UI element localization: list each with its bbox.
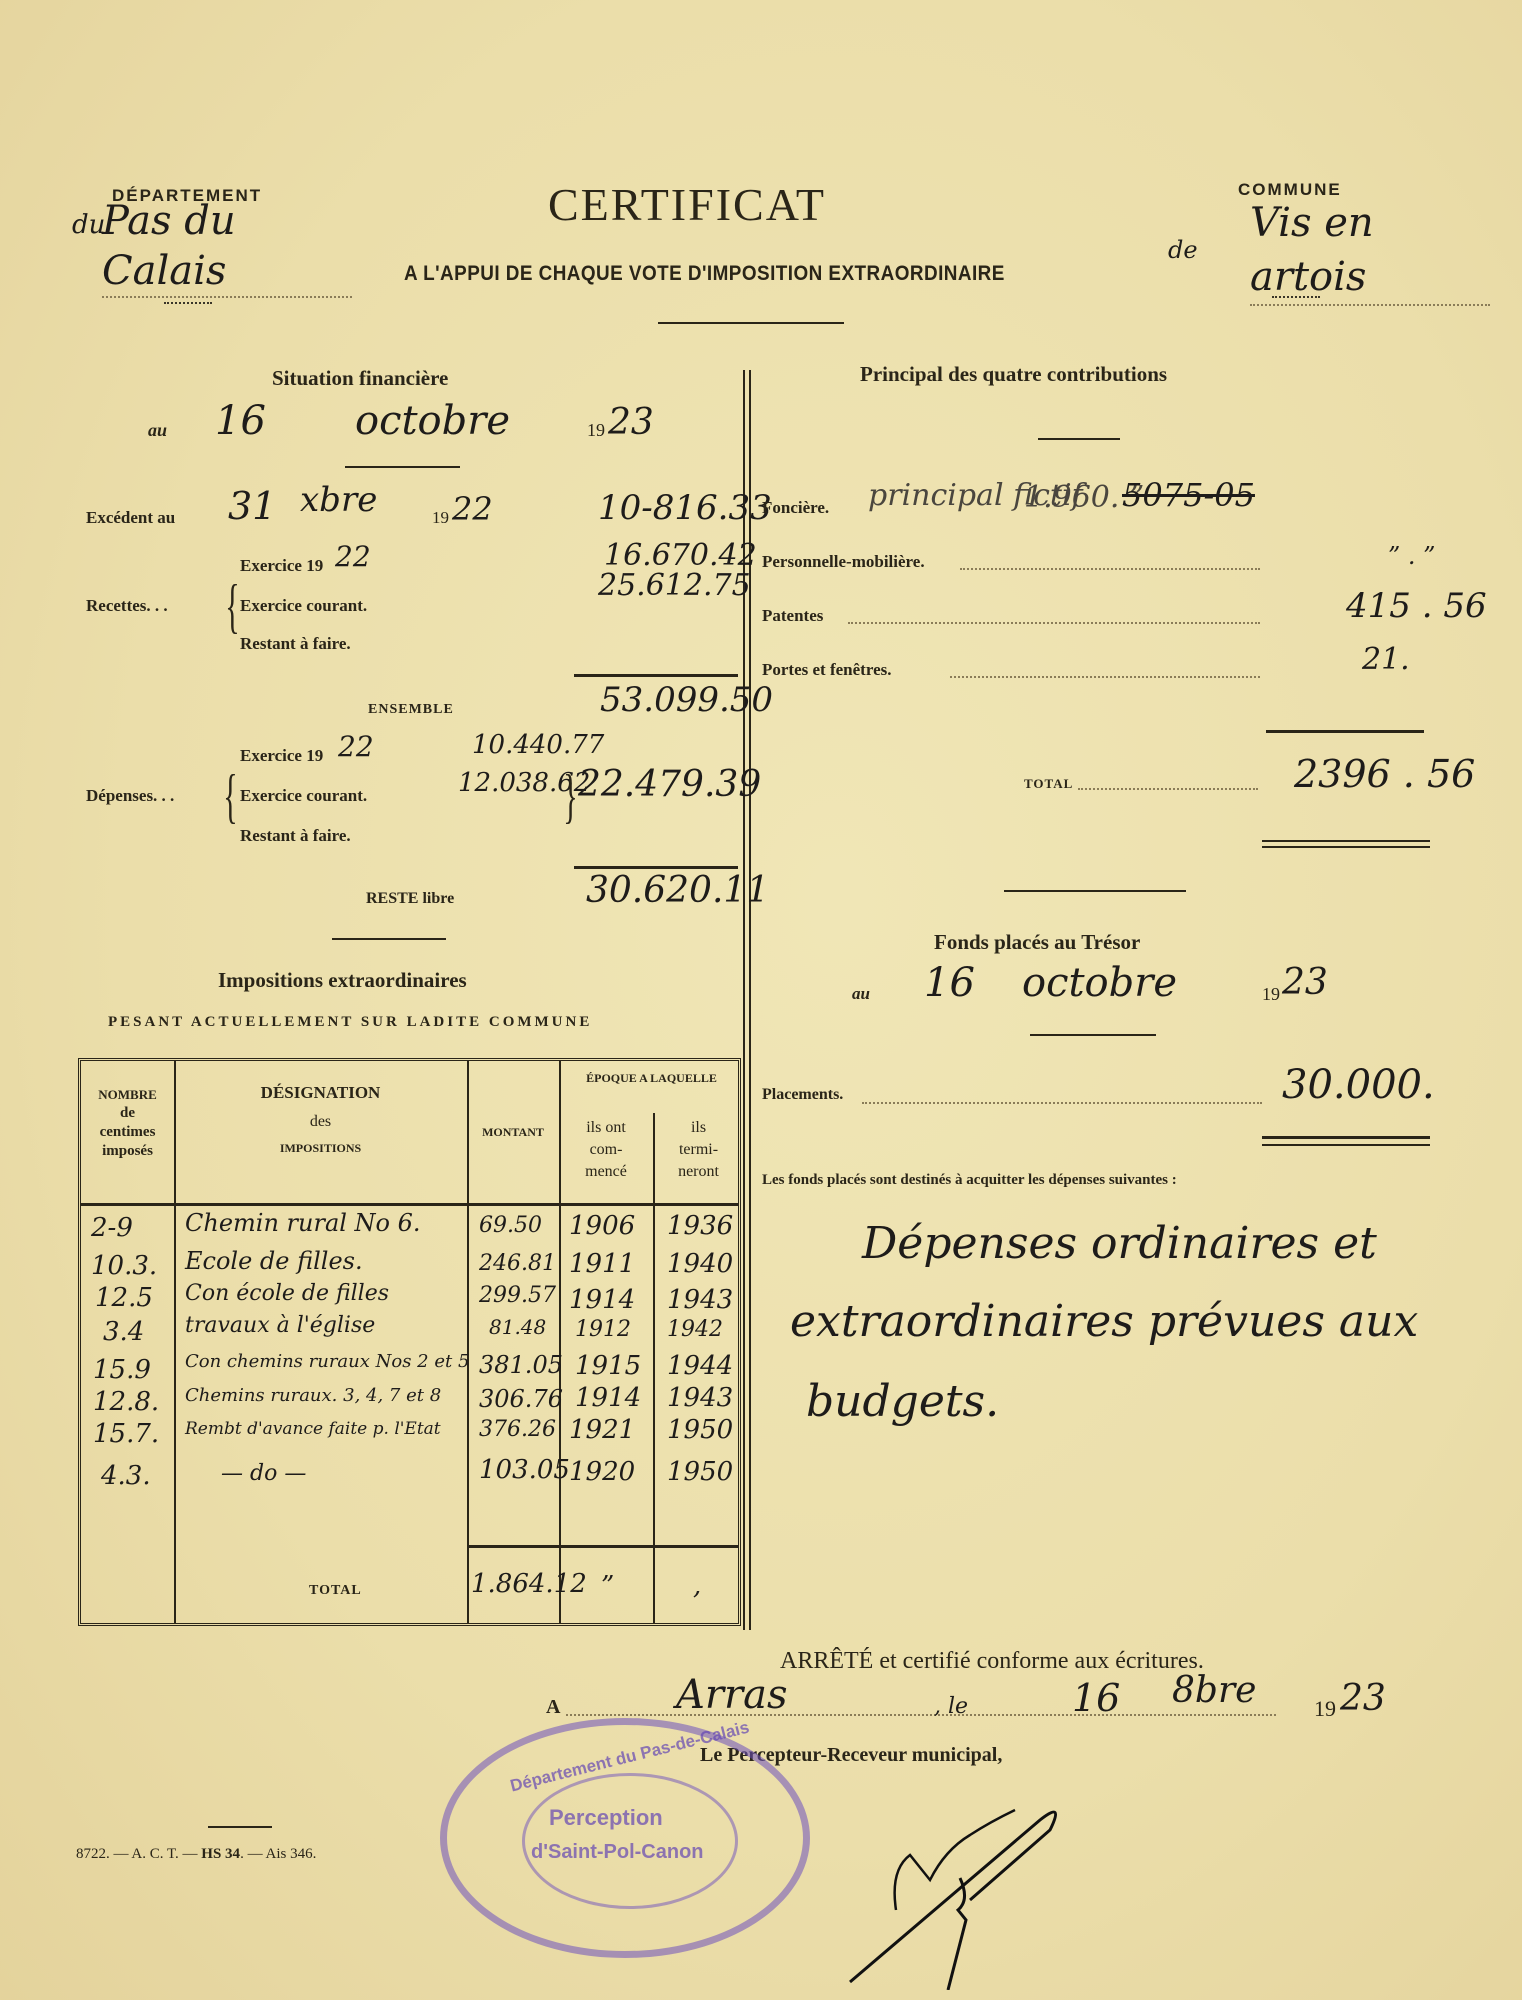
situation-date-day: 16 bbox=[215, 398, 266, 444]
double-line bbox=[1262, 1144, 1430, 1146]
header-commence: ils ont com- mencé bbox=[559, 1117, 653, 1183]
header-epoque: ÉPOQUE A LAQUELLE bbox=[559, 1069, 744, 1088]
total-montant: 1.864.12 bbox=[471, 1569, 587, 1599]
ornament bbox=[164, 296, 212, 304]
ensemble-label: ENSEMBLE bbox=[368, 702, 454, 718]
recettes-row-label: Restant à faire. bbox=[240, 634, 351, 654]
divider bbox=[345, 466, 460, 468]
depenses-total: 22.479.39 bbox=[578, 764, 761, 805]
fonciere-label: Foncière. bbox=[762, 498, 829, 518]
recettes-label: Recettes. . . bbox=[86, 596, 168, 616]
depenses-label: Dépenses. . . bbox=[86, 786, 174, 806]
header-nombre: NOMBRE de centimes imposés bbox=[81, 1085, 174, 1161]
brace: { bbox=[223, 746, 237, 846]
situation-year-suffix: 23 bbox=[608, 402, 654, 443]
destination-line-3: budgets. bbox=[806, 1376, 999, 1427]
sum-line bbox=[574, 866, 738, 869]
excedent-label: Excédent au bbox=[86, 508, 175, 528]
destination-line-1: Dépenses ordinaires et bbox=[862, 1218, 1377, 1269]
portes-value: 21. bbox=[1362, 642, 1410, 677]
fonds-year-suffix: 23 bbox=[1282, 962, 1328, 1003]
total-debut: ” bbox=[601, 1571, 614, 1601]
sum-line bbox=[1266, 730, 1424, 733]
footer-date-month: 8bre bbox=[1172, 1670, 1256, 1711]
patentes-label: Patentes bbox=[762, 606, 823, 626]
header-montant: MONTANT bbox=[467, 1123, 559, 1142]
reste-libre-value: 30.620.11 bbox=[586, 870, 769, 911]
footer-year-prefix: 19 bbox=[1314, 1696, 1336, 1722]
fonds-date-prefix: au bbox=[852, 984, 870, 1004]
depenses-row-label: Restant à faire. bbox=[240, 826, 351, 846]
page-subtitle: A L'APPUI DE CHAQUE VOTE D'IMPOSITION EX… bbox=[404, 262, 1005, 286]
fonds-title: Fonds placés au Trésor bbox=[934, 930, 1140, 955]
fonds-date-day: 16 bbox=[924, 960, 975, 1006]
footer-date-day: 16 bbox=[1072, 1676, 1120, 1720]
situation-title: Situation financière bbox=[272, 366, 448, 391]
destination-label: Les fonds placés sont destinés à acquitt… bbox=[762, 1172, 1177, 1189]
ornament bbox=[1272, 290, 1320, 298]
depenses-amount-1: 10.440.77 bbox=[472, 730, 604, 760]
portes-label: Portes et fenêtres. bbox=[762, 660, 891, 680]
sum-line bbox=[574, 674, 738, 677]
departement-value: Pas du Calais bbox=[102, 196, 352, 298]
brace: { bbox=[225, 556, 239, 656]
depenses-row-label: Exercice courant. bbox=[240, 786, 367, 806]
header-designation: DÉSIGNATION des IMPOSITIONS bbox=[174, 1083, 467, 1158]
date-prefix-footer: , le bbox=[934, 1694, 968, 1719]
excedent-day: 31 bbox=[228, 484, 276, 528]
depenses-row-label: Exercice 19 bbox=[240, 746, 323, 766]
brace: } bbox=[563, 746, 577, 846]
reste-libre-label: RESTE libre bbox=[366, 890, 454, 908]
total-label: TOTAL bbox=[309, 1583, 362, 1599]
footer-year-suffix: 23 bbox=[1340, 1678, 1386, 1719]
fonds-year-prefix: 19 bbox=[1262, 984, 1280, 1005]
impositions-table: NOMBRE de centimes imposés DÉSIGNATION d… bbox=[78, 1058, 741, 1626]
principal-total-value: 2396 . 56 bbox=[1294, 752, 1475, 796]
divider bbox=[1004, 890, 1186, 892]
impositions-title: Impositions extraordinaires bbox=[218, 968, 467, 993]
page-title: CERTIFICAT bbox=[548, 178, 826, 231]
fonciere-value: 5075-05 bbox=[1122, 476, 1255, 514]
place-value: Arras bbox=[676, 1672, 788, 1718]
recettes-row-label: Exercice courant. bbox=[240, 596, 367, 616]
ensemble-value: 53.099.50 bbox=[600, 680, 773, 720]
divider bbox=[208, 1826, 272, 1828]
total-fin: , bbox=[693, 1571, 701, 1601]
recettes-row-label: Exercice 19 bbox=[240, 556, 323, 576]
header-termineront: ils termi- neront bbox=[653, 1117, 744, 1183]
arrete-text: ARRÊTÉ et certifié conforme aux écriture… bbox=[780, 1648, 1204, 1675]
destination-line-2: extraordinaires prévues aux bbox=[790, 1296, 1418, 1347]
commune-prefix: de bbox=[1168, 236, 1198, 264]
situation-date-month: octobre bbox=[355, 398, 510, 444]
personnelle-value: ” . ” bbox=[1388, 542, 1435, 570]
placements-value: 30.000. bbox=[1282, 1062, 1435, 1108]
divider bbox=[1038, 438, 1120, 440]
divider bbox=[658, 322, 844, 324]
place-prefix: A bbox=[546, 1696, 560, 1719]
recettes-value-2: 25.612.75 bbox=[598, 568, 751, 603]
departement-prefix: du bbox=[72, 210, 105, 240]
patentes-value: 415 . 56 bbox=[1346, 586, 1487, 626]
fonds-date-month: octobre bbox=[1022, 960, 1177, 1006]
double-line bbox=[1262, 846, 1430, 848]
double-line bbox=[1262, 840, 1430, 842]
excedent-year-suffix: 22 bbox=[452, 490, 493, 528]
impositions-subtitle: PESANT ACTUELLEMENT SUR LADITE COMMUNE bbox=[108, 1014, 592, 1031]
official-stamp: Département du Pas-de-Calais Perception … bbox=[440, 1718, 810, 1958]
excedent-year-prefix: 19 bbox=[432, 508, 449, 528]
print-reference: 8722. — A. C. T. — HS 34. — Ais 346. bbox=[76, 1846, 316, 1863]
divider bbox=[1030, 1034, 1156, 1036]
situation-year-prefix: 19 bbox=[587, 420, 605, 441]
principal-total-label: TOTAL bbox=[1024, 776, 1073, 792]
personnelle-label: Personnelle-mobilière. bbox=[762, 552, 925, 572]
double-line bbox=[1262, 1136, 1430, 1139]
date-prefix: au bbox=[148, 420, 167, 441]
principal-title: Principal des quatre contributions bbox=[860, 362, 1167, 387]
placements-label: Placements. bbox=[762, 1086, 843, 1104]
depenses-year-suffix: 22 bbox=[338, 730, 374, 763]
recettes-year-suffix: 22 bbox=[335, 540, 371, 573]
excedent-month: xbre bbox=[300, 480, 377, 520]
excedent-value: 10-816.33 bbox=[598, 488, 772, 528]
divider bbox=[332, 938, 446, 940]
